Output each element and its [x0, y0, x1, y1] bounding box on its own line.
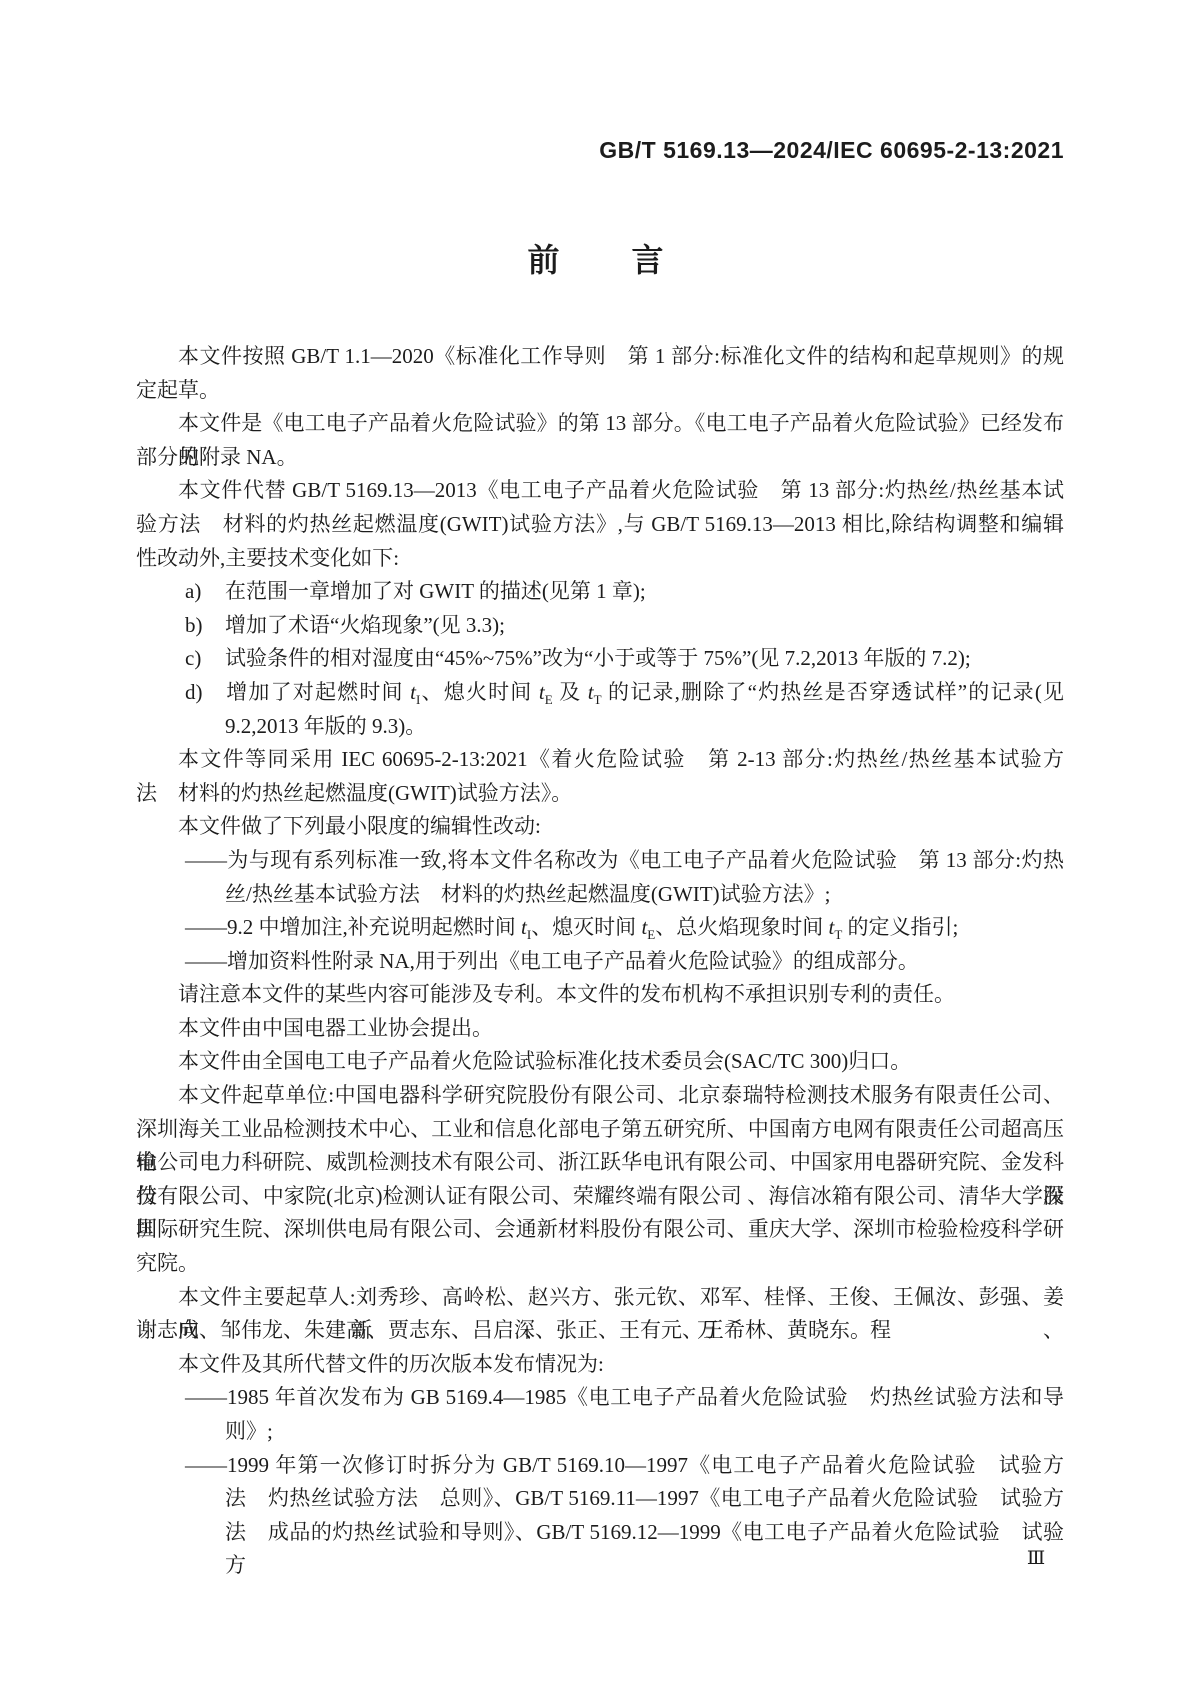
- text-line: 请注意本文件的某些内容可能涉及专利。本文件的发布机构不承担识别专利的责任。: [136, 978, 1064, 1012]
- standard-number-header: GB/T 5169.13—2024/IEC 60695-2-13:2021: [136, 138, 1064, 162]
- text-line: 本文件主要起草人:刘秀珍、高岭松、赵兴方、张元钦、邓军、桂怿、王俊、王佩汝、彭强…: [136, 1281, 1064, 1315]
- text-line: ——增加资料性附录 NA,用于列出《电工电子产品着火危险试验》的组成部分。: [136, 945, 1064, 979]
- text-line: 则》;: [136, 1415, 1064, 1449]
- text-line: 本文件是《电工电子产品着火危险试验》的第 13 部分。《电工电子产品着火危险试验…: [136, 407, 1064, 441]
- text-line: 性改动外,主要技术变化如下:: [136, 542, 1064, 576]
- page-title: 前 言: [0, 240, 1191, 280]
- list-marker: d): [185, 676, 225, 710]
- text-line: 9.2,2013 年版的 9.3)。: [136, 710, 1064, 744]
- text-line: 本文件等同采用 IEC 60695-2-13:2021《着火危险试验 第 2-1…: [136, 743, 1064, 777]
- text-line: 定起草。: [136, 374, 1064, 408]
- text-line: 法 成品的灼热丝试验和导则》、GB/T 5169.12—1999《电工电子产品着…: [136, 1516, 1064, 1550]
- text-line: 本文件代替 GB/T 5169.13—2013《电工电子产品着火危险试验 第 1…: [136, 474, 1064, 508]
- title-char-2: 言: [632, 240, 664, 280]
- foreword-body: 本文件按照 GB/T 1.1—2020《标准化工作导则 第 1 部分:标准化文件…: [136, 340, 1064, 1549]
- list-marker: c): [185, 642, 225, 676]
- text-line: 丝/热丝基本试验方法 材料的灼热丝起燃温度(GWIT)试验方法》;: [136, 878, 1064, 912]
- text-line: ——1985 年首次发布为 GB 5169.4—1985《电工电子产品着火危险试…: [136, 1381, 1064, 1415]
- text-line: ——为与现有系列标准一致,将本文件名称改为《电工电子产品着火危险试验 第 13 …: [136, 844, 1064, 878]
- text-line: 法 灼热丝试验方法 总则》、GB/T 5169.11—1997《电工电子产品着火…: [136, 1482, 1064, 1516]
- text-line: 本文件由中国电器工业协会提出。: [136, 1012, 1064, 1046]
- text-line: b)增加了术语“火焰现象”(见 3.3);: [136, 609, 1064, 643]
- text-line: 本文件由全国电工电子产品着火危险试验标准化技术委员会(SAC/TC 300)归口…: [136, 1045, 1064, 1079]
- title-char-1: 前: [527, 240, 559, 280]
- text-line: ——9.2 中增加注,补充说明起燃时间 tI、熄灭时间 tE、总火焰现象时间 t…: [136, 911, 1064, 945]
- text-line: 本文件及其所代替文件的历次版本发布情况为:: [136, 1348, 1064, 1382]
- text-line: ——1999 年第一次修订时拆分为 GB/T 5169.10—1997《电工电子…: [136, 1449, 1064, 1483]
- text-line: 本文件做了下列最小限度的编辑性改动:: [136, 810, 1064, 844]
- text-line: 验方法 材料的灼热丝起燃温度(GWIT)试验方法》,与 GB/T 5169.13…: [136, 508, 1064, 542]
- text-line: c)试验条件的相对湿度由“45%~75%”改为“小于或等于 75%”(见 7.2…: [136, 642, 1064, 676]
- text-line: 本文件按照 GB/T 1.1—2020《标准化工作导则 第 1 部分:标准化文件…: [136, 340, 1064, 374]
- text-line: a)在范围一章增加了对 GWIT 的描述(见第 1 章);: [136, 575, 1064, 609]
- text-line: 部分见附录 NA。: [136, 441, 1064, 475]
- text-line: d)增加了对起燃时间 tI、熄火时间 tE 及 tT 的记录,删除了“灼热丝是否…: [136, 676, 1064, 710]
- text-line: 法 材料的灼热丝起燃温度(GWIT)试验方法》。: [136, 777, 1064, 811]
- text-line: 国际研究生院、深圳供电局有限公司、会通新材料股份有限公司、重庆大学、深圳市检验检…: [136, 1213, 1064, 1247]
- document-page: GB/T 5169.13—2024/IEC 60695-2-13:2021 前 …: [0, 0, 1191, 1685]
- page-number: Ⅲ: [1016, 1548, 1056, 1570]
- list-marker: a): [185, 575, 225, 609]
- text-line: 份有限公司、中家院(北京)检测认证有限公司、荣耀终端有限公司 、海信冰箱有限公司…: [136, 1180, 1064, 1214]
- text-line: 电公司电力科研院、威凯检测技术有限公司、浙江跃华电讯有限公司、中国家用电器研究院…: [136, 1146, 1064, 1180]
- text-line: 究院。: [136, 1247, 1064, 1281]
- list-marker: b): [185, 609, 225, 643]
- text-line: 深圳海关工业品检测技术中心、工业和信息化部电子第五研究所、中国南方电网有限责任公…: [136, 1113, 1064, 1147]
- text-line: 本文件起草单位:中国电器科学研究院股份有限公司、北京泰瑞特检测技术服务有限责任公…: [136, 1079, 1064, 1113]
